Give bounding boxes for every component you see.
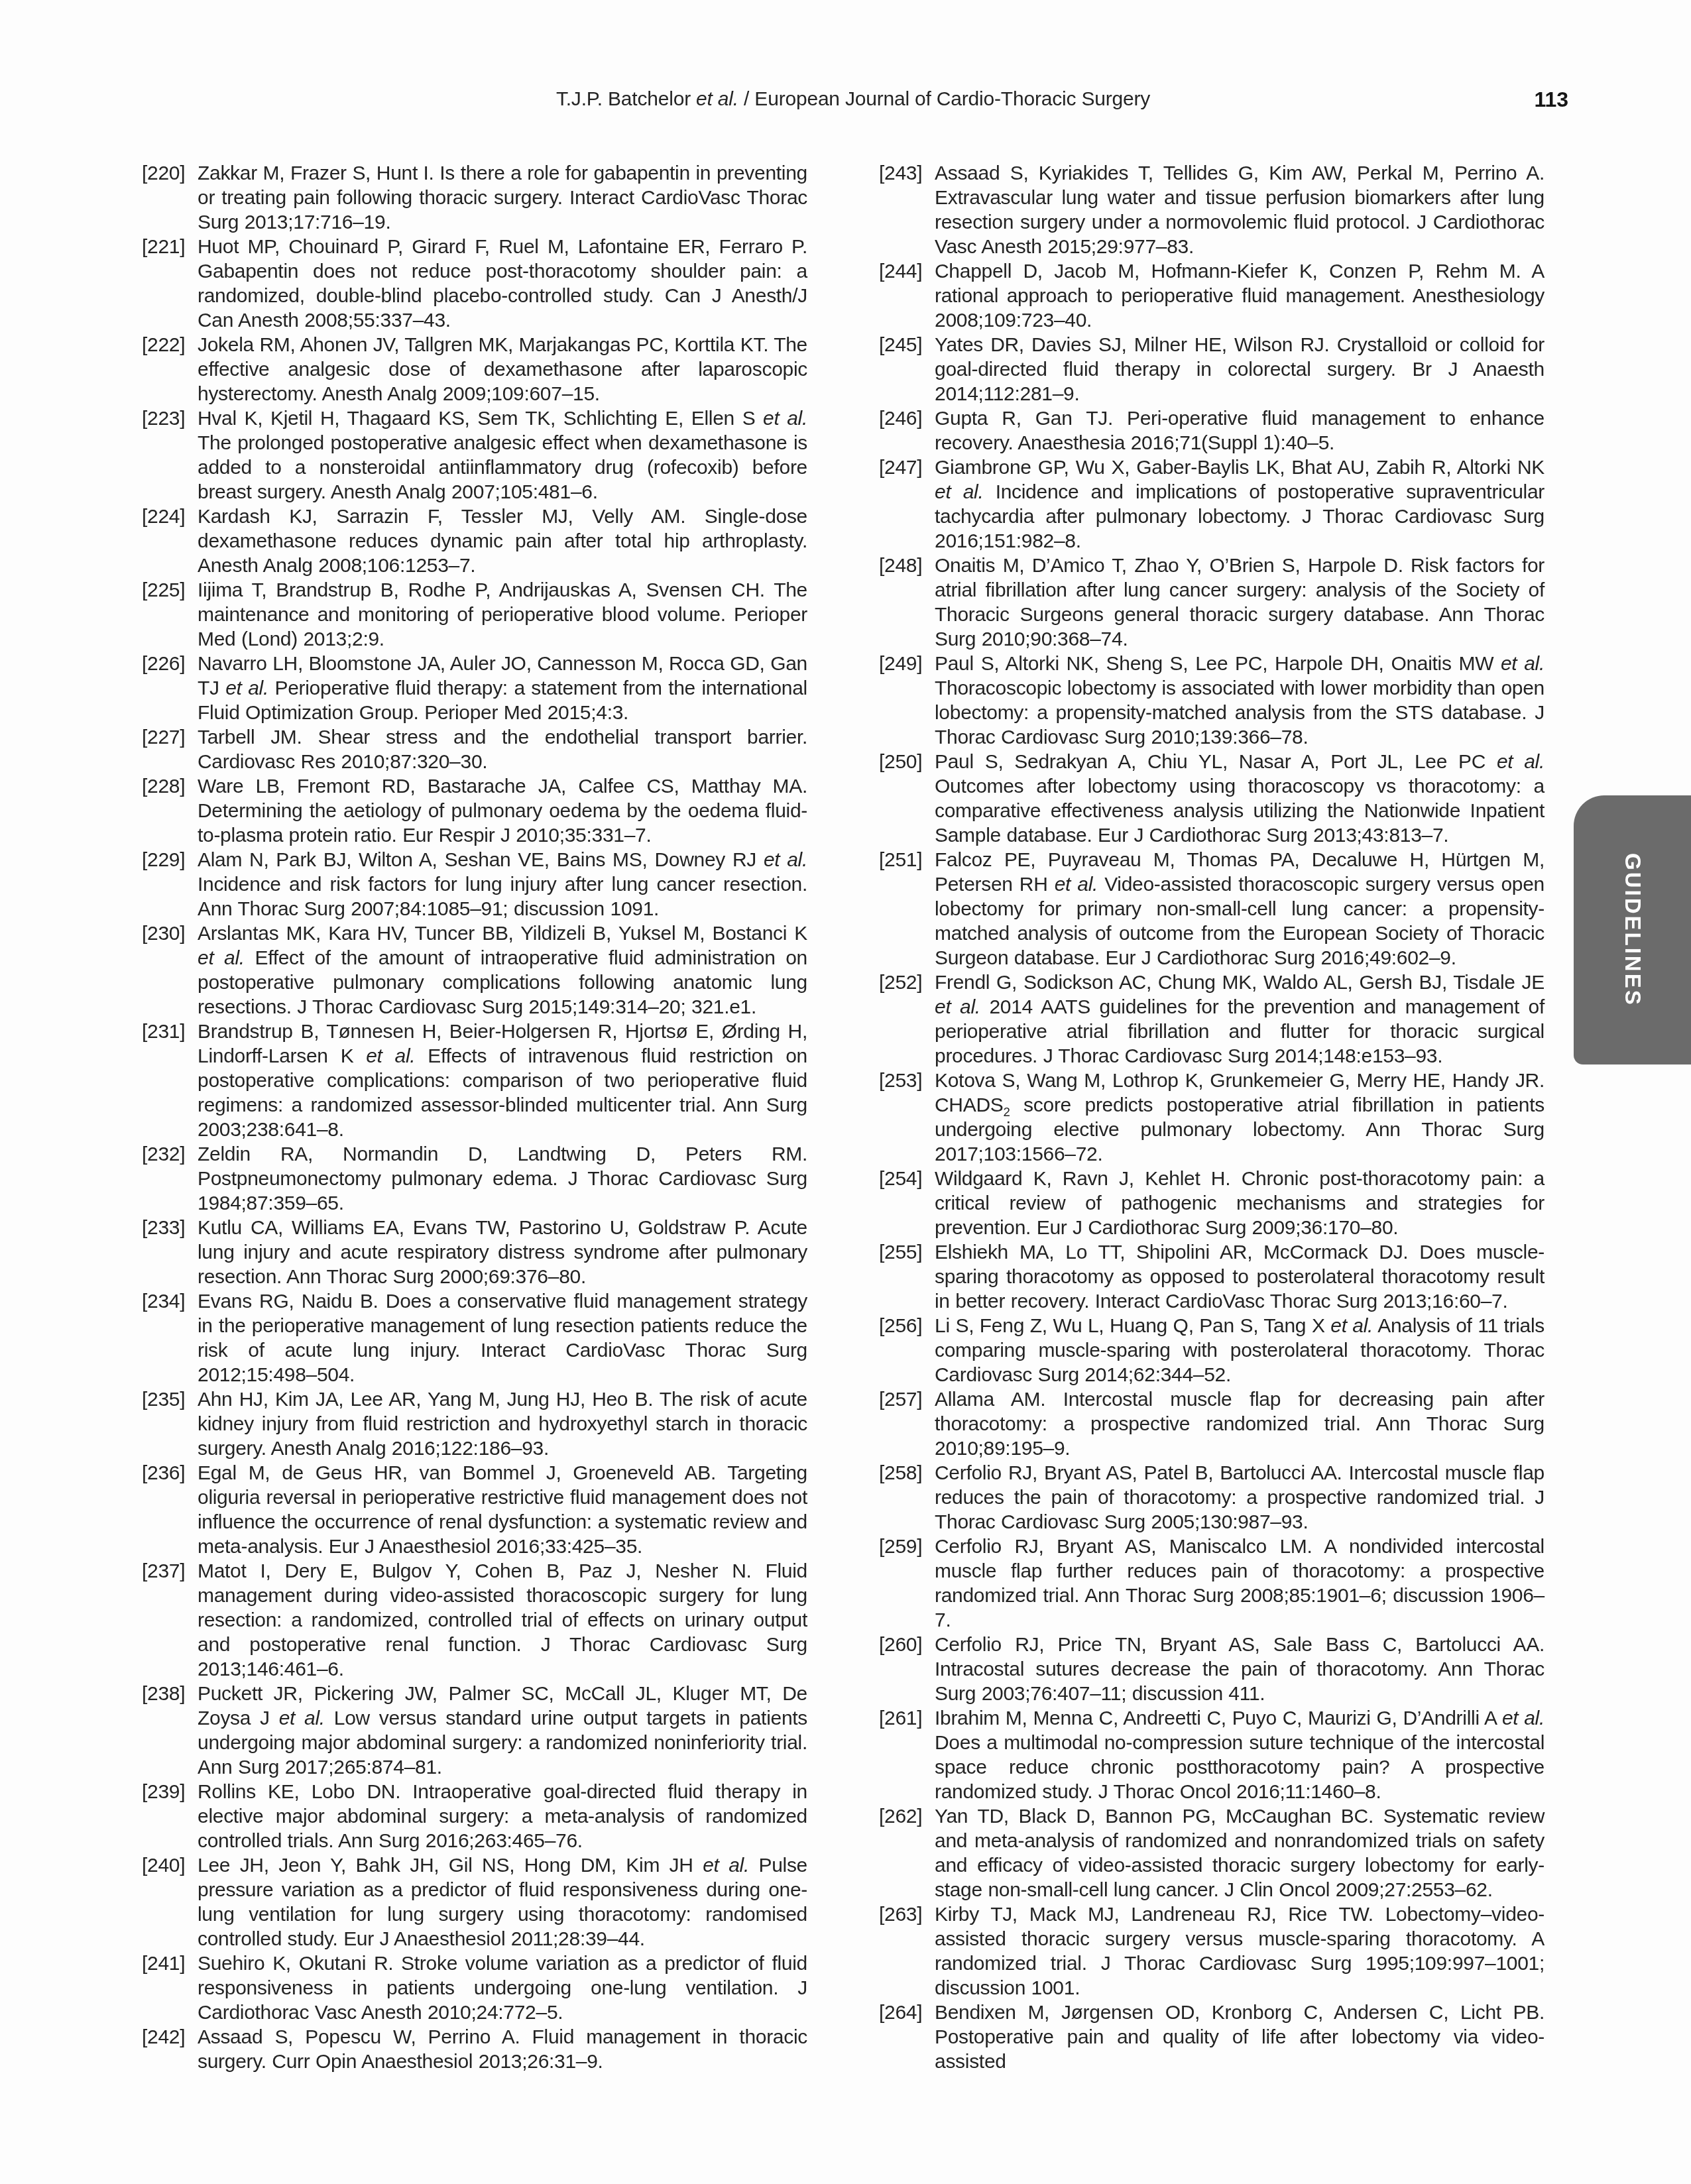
reference-text: Kardash KJ, Sarrazin F, Tessler MJ, Vell… xyxy=(198,506,807,577)
reference-item: [237]Matot I, Dery E, Bulgov Y, Cohen B,… xyxy=(142,1559,807,1682)
reference-text: Wildgaard K, Ravn J, Kehlet H. Chronic p… xyxy=(935,1168,1545,1239)
page-number: 113 xyxy=(1534,85,1568,114)
reference-item: [247]Giambrone GP, Wu X, Gaber-Baylis LK… xyxy=(879,455,1545,553)
reference-text: Paul S, Sedrakyan A, Chiu YL, Nasar A, P… xyxy=(935,751,1545,846)
reference-number: [233] xyxy=(142,1216,185,1240)
reference-item: [241]Suehiro K, Okutani R. Stroke volume… xyxy=(142,1951,807,2025)
reference-item: [231]Brandstrup B, Tønnesen H, Beier-Hol… xyxy=(142,1019,807,1142)
reference-number: [251] xyxy=(879,848,922,872)
reference-number: [258] xyxy=(879,1461,922,1485)
reference-item: [227]Tarbell JM. Shear stress and the en… xyxy=(142,725,807,774)
running-title-etal: et al. xyxy=(696,88,738,110)
reference-number: [225] xyxy=(142,578,185,603)
reference-item: [243]Assaad S, Kyriakides T, Tellides G,… xyxy=(879,161,1545,259)
reference-text: Paul S, Altorki NK, Sheng S, Lee PC, Har… xyxy=(935,653,1545,748)
references-column-left: [220]Zakkar M, Frazer S, Hunt I. Is ther… xyxy=(142,161,807,2074)
reference-text: Huot MP, Chouinard P, Girard F, Ruel M, … xyxy=(198,236,807,331)
reference-text: Arslantas MK, Kara HV, Tuncer BB, Yildiz… xyxy=(198,923,807,1018)
reference-item: [244]Chappell D, Jacob M, Hofmann-Kiefer… xyxy=(879,259,1545,333)
reference-item: [223]Hval K, Kjetil H, Thagaard KS, Sem … xyxy=(142,406,807,504)
reference-item: [257]Allama AM. Intercostal muscle flap … xyxy=(879,1387,1545,1461)
reference-text: Alam N, Park BJ, Wilton A, Seshan VE, Ba… xyxy=(198,849,807,920)
reference-text: Evans RG, Naidu B. Does a conservative f… xyxy=(198,1291,807,1386)
reference-item: [240]Lee JH, Jeon Y, Bahk JH, Gil NS, Ho… xyxy=(142,1853,807,1951)
reference-text: Tarbell JM. Shear stress and the endothe… xyxy=(198,726,807,773)
reference-text: Zeldin RA, Normandin D, Landtwing D, Pet… xyxy=(198,1143,807,1214)
reference-number: [252] xyxy=(879,970,922,995)
reference-item: [245]Yates DR, Davies SJ, Milner HE, Wil… xyxy=(879,333,1545,406)
reference-item: [259]Cerfolio RJ, Bryant AS, Maniscalco … xyxy=(879,1534,1545,1633)
reference-text: Ibrahim M, Menna C, Andreetti C, Puyo C,… xyxy=(935,1707,1545,1803)
reference-number: [260] xyxy=(879,1633,922,1657)
reference-number: [229] xyxy=(142,848,185,872)
reference-text: Assaad S, Kyriakides T, Tellides G, Kim … xyxy=(935,162,1545,258)
reference-text: Cerfolio RJ, Price TN, Bryant AS, Sale B… xyxy=(935,1634,1545,1705)
reference-number: [263] xyxy=(879,1902,922,1927)
reference-text: Falcoz PE, Puyraveau M, Thomas PA, Decal… xyxy=(935,849,1545,969)
reference-number: [221] xyxy=(142,235,185,259)
reference-item: [264]Bendixen M, Jørgensen OD, Kronborg … xyxy=(879,2000,1545,2074)
reference-item: [254]Wildgaard K, Ravn J, Kehlet H. Chro… xyxy=(879,1167,1545,1240)
reference-number: [228] xyxy=(142,774,185,799)
reference-number: [257] xyxy=(879,1387,922,1412)
reference-item: [239]Rollins KE, Lobo DN. Intraoperative… xyxy=(142,1780,807,1853)
reference-number: [241] xyxy=(142,1951,185,1976)
reference-text: Ware LB, Fremont RD, Bastarache JA, Calf… xyxy=(198,776,807,846)
reference-text: Matot I, Dery E, Bulgov Y, Cohen B, Paz … xyxy=(198,1560,807,1680)
journal-page: T.J.P. Batchelor et al. / European Journ… xyxy=(0,0,1691,2184)
reference-number: [245] xyxy=(879,333,922,357)
reference-text: Gupta R, Gan TJ. Peri-operative fluid ma… xyxy=(935,408,1545,454)
reference-item: [250]Paul S, Sedrakyan A, Chiu YL, Nasar… xyxy=(879,750,1545,848)
reference-number: [237] xyxy=(142,1559,185,1583)
reference-text: Yan TD, Black D, Bannon PG, McCaughan BC… xyxy=(935,1806,1545,1901)
reference-item: [261]Ibrahim M, Menna C, Andreetti C, Pu… xyxy=(879,1706,1545,1804)
reference-item: [233]Kutlu CA, Williams EA, Evans TW, Pa… xyxy=(142,1216,807,1289)
reference-item: [236]Egal M, de Geus HR, van Bommel J, G… xyxy=(142,1461,807,1559)
reference-item: [229]Alam N, Park BJ, Wilton A, Seshan V… xyxy=(142,848,807,921)
reference-text: Lee JH, Jeon Y, Bahk JH, Gil NS, Hong DM… xyxy=(198,1855,807,1950)
reference-number: [224] xyxy=(142,504,185,529)
reference-text: Zakkar M, Frazer S, Hunt I. Is there a r… xyxy=(198,162,807,233)
reference-text: Kotova S, Wang M, Lothrop K, Grunkemeier… xyxy=(935,1070,1545,1165)
reference-text: Chappell D, Jacob M, Hofmann-Kiefer K, C… xyxy=(935,260,1545,331)
reference-text: Li S, Feng Z, Wu L, Huang Q, Pan S, Tang… xyxy=(935,1315,1545,1386)
reference-item: [232]Zeldin RA, Normandin D, Landtwing D… xyxy=(142,1142,807,1216)
reference-text: Allama AM. Intercostal muscle flap for d… xyxy=(935,1389,1545,1460)
reference-number: [249] xyxy=(879,652,922,676)
reference-number: [242] xyxy=(142,2025,185,2049)
reference-number: [236] xyxy=(142,1461,185,1485)
reference-item: [230]Arslantas MK, Kara HV, Tuncer BB, Y… xyxy=(142,921,807,1019)
reference-item: [238]Puckett JR, Pickering JW, Palmer SC… xyxy=(142,1682,807,1780)
reference-number: [239] xyxy=(142,1780,185,1804)
reference-item: [234]Evans RG, Naidu B. Does a conservat… xyxy=(142,1289,807,1387)
reference-text: Frendl G, Sodickson AC, Chung MK, Waldo … xyxy=(935,972,1545,1067)
reference-number: [244] xyxy=(879,259,922,284)
reference-text: Rollins KE, Lobo DN. Intraoperative goal… xyxy=(198,1781,807,1852)
reference-number: [248] xyxy=(879,553,922,578)
running-title: T.J.P. Batchelor et al. / European Journ… xyxy=(142,85,1564,114)
reference-number: [226] xyxy=(142,652,185,676)
reference-number: [227] xyxy=(142,725,185,750)
reference-number: [259] xyxy=(879,1534,922,1559)
reference-item: [246]Gupta R, Gan TJ. Peri-operative flu… xyxy=(879,406,1545,455)
reference-text: Egal M, de Geus HR, van Bommel J, Groene… xyxy=(198,1462,807,1558)
reference-number: [223] xyxy=(142,406,185,431)
reference-item: [248]Onaitis M, D’Amico T, Zhao Y, O’Bri… xyxy=(879,553,1545,652)
reference-number: [238] xyxy=(142,1682,185,1706)
reference-text: Brandstrup B, Tønnesen H, Beier-Holgerse… xyxy=(198,1021,807,1141)
reference-number: [235] xyxy=(142,1387,185,1412)
running-head: T.J.P. Batchelor et al. / European Journ… xyxy=(142,85,1564,114)
reference-text: Jokela RM, Ahonen JV, Tallgren MK, Marja… xyxy=(198,334,807,405)
reference-number: [230] xyxy=(142,921,185,946)
references-section: [220]Zakkar M, Frazer S, Hunt I. Is ther… xyxy=(142,161,1545,2074)
reference-item: [263]Kirby TJ, Mack MJ, Landreneau RJ, R… xyxy=(879,1902,1545,2000)
reference-text: Ahn HJ, Kim JA, Lee AR, Yang M, Jung HJ,… xyxy=(198,1389,807,1460)
reference-text: Hval K, Kjetil H, Thagaard KS, Sem TK, S… xyxy=(198,408,807,503)
reference-number: [264] xyxy=(879,2000,922,2025)
reference-item: [256]Li S, Feng Z, Wu L, Huang Q, Pan S,… xyxy=(879,1314,1545,1387)
reference-text: Giambrone GP, Wu X, Gaber-Baylis LK, Bha… xyxy=(935,457,1545,552)
running-title-journal: / European Journal of Cardio-Thoracic Su… xyxy=(738,88,1150,110)
reference-number: [220] xyxy=(142,161,185,186)
reference-number: [254] xyxy=(879,1167,922,1191)
reference-number: [232] xyxy=(142,1142,185,1167)
reference-item: [222]Jokela RM, Ahonen JV, Tallgren MK, … xyxy=(142,333,807,406)
reference-text: Puckett JR, Pickering JW, Palmer SC, McC… xyxy=(198,1683,807,1778)
reference-text: Suehiro K, Okutani R. Stroke volume vari… xyxy=(198,1953,807,2024)
references-column-right: [243]Assaad S, Kyriakides T, Tellides G,… xyxy=(879,161,1545,2074)
reference-text: Iijima T, Brandstrup B, Rodhe P, Andrija… xyxy=(198,579,807,650)
reference-item: [249]Paul S, Altorki NK, Sheng S, Lee PC… xyxy=(879,652,1545,750)
reference-item: [255]Elshiekh MA, Lo TT, Shipolini AR, M… xyxy=(879,1240,1545,1314)
reference-text: Onaitis M, D’Amico T, Zhao Y, O’Brien S,… xyxy=(935,555,1545,650)
reference-number: [222] xyxy=(142,333,185,357)
reference-text: Cerfolio RJ, Bryant AS, Maniscalco LM. A… xyxy=(935,1536,1545,1631)
reference-item: [262]Yan TD, Black D, Bannon PG, McCaugh… xyxy=(879,1804,1545,1902)
reference-text: Kutlu CA, Williams EA, Evans TW, Pastori… xyxy=(198,1217,807,1288)
reference-item: [260]Cerfolio RJ, Price TN, Bryant AS, S… xyxy=(879,1633,1545,1706)
reference-text: Kirby TJ, Mack MJ, Landreneau RJ, Rice T… xyxy=(935,1904,1545,1999)
reference-number: [262] xyxy=(879,1804,922,1829)
reference-item: [252]Frendl G, Sodickson AC, Chung MK, W… xyxy=(879,970,1545,1068)
reference-item: [242]Assaad S, Popescu W, Perrino A. Flu… xyxy=(142,2025,807,2074)
reference-number: [247] xyxy=(879,455,922,480)
reference-number: [255] xyxy=(879,1240,922,1265)
reference-item: [253]Kotova S, Wang M, Lothrop K, Grunke… xyxy=(879,1068,1545,1167)
reference-text: Elshiekh MA, Lo TT, Shipolini AR, McCorm… xyxy=(935,1241,1545,1312)
reference-number: [261] xyxy=(879,1706,922,1731)
guidelines-tab-label: GUIDELINES xyxy=(1620,853,1645,1007)
reference-item: [226]Navarro LH, Bloomstone JA, Auler JO… xyxy=(142,652,807,725)
reference-number: [250] xyxy=(879,750,922,774)
running-title-authors: T.J.P. Batchelor xyxy=(556,88,696,110)
reference-item: [221]Huot MP, Chouinard P, Girard F, Rue… xyxy=(142,235,807,333)
reference-text: Bendixen M, Jørgensen OD, Kronborg C, An… xyxy=(935,2002,1545,2073)
reference-number: [243] xyxy=(879,161,922,186)
reference-item: [224]Kardash KJ, Sarrazin F, Tessler MJ,… xyxy=(142,504,807,578)
reference-item: [235]Ahn HJ, Kim JA, Lee AR, Yang M, Jun… xyxy=(142,1387,807,1461)
reference-text: Cerfolio RJ, Bryant AS, Patel B, Bartolu… xyxy=(935,1462,1545,1533)
reference-number: [253] xyxy=(879,1068,922,1093)
guidelines-side-tab: GUIDELINES xyxy=(1574,795,1691,1064)
reference-number: [246] xyxy=(879,406,922,431)
reference-item: [225]Iijima T, Brandstrup B, Rodhe P, An… xyxy=(142,578,807,652)
reference-item: [228]Ware LB, Fremont RD, Bastarache JA,… xyxy=(142,774,807,848)
reference-text: Yates DR, Davies SJ, Milner HE, Wilson R… xyxy=(935,334,1545,405)
reference-number: [240] xyxy=(142,1853,185,1878)
reference-item: [220]Zakkar M, Frazer S, Hunt I. Is ther… xyxy=(142,161,807,235)
reference-text: Assaad S, Popescu W, Perrino A. Fluid ma… xyxy=(198,2026,807,2073)
reference-number: [256] xyxy=(879,1314,922,1338)
reference-number: [234] xyxy=(142,1289,185,1314)
reference-number: [231] xyxy=(142,1019,185,1044)
reference-item: [251]Falcoz PE, Puyraveau M, Thomas PA, … xyxy=(879,848,1545,970)
reference-item: [258]Cerfolio RJ, Bryant AS, Patel B, Ba… xyxy=(879,1461,1545,1534)
reference-text: Navarro LH, Bloomstone JA, Auler JO, Can… xyxy=(198,653,807,724)
